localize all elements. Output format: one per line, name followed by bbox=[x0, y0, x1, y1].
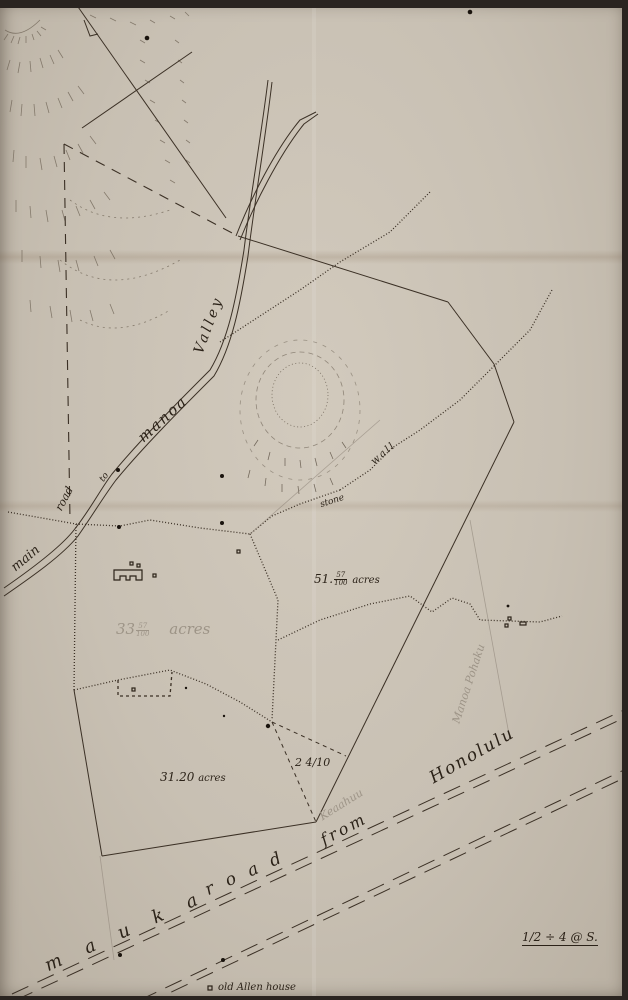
hill-hachure-icon bbox=[4, 12, 190, 328]
area-unit: acres bbox=[169, 620, 210, 638]
map-sheet: main road to manoa Valley mauka road fro… bbox=[0, 0, 628, 1000]
parcel-area-label-pencil: 3357100 acres bbox=[116, 620, 210, 638]
area-fraction: 57100 bbox=[136, 623, 149, 638]
fraction-denominator: 100 bbox=[334, 580, 347, 587]
frame-edge bbox=[0, 0, 628, 8]
fraction-denominator: 100 bbox=[136, 631, 149, 638]
frame-edge bbox=[0, 996, 628, 1000]
main-road bbox=[4, 80, 318, 596]
hill-hachure-icon bbox=[240, 340, 360, 494]
area-fraction: 57100 bbox=[334, 572, 347, 587]
area-whole: 51 bbox=[314, 572, 329, 586]
area-whole: 33 bbox=[116, 620, 135, 638]
area-unit: acres bbox=[352, 575, 379, 586]
mauka-road bbox=[12, 710, 624, 1000]
old-allen-house-label: old Allen house bbox=[218, 982, 296, 993]
scale-note: 1/2 ÷ 4 @ S. bbox=[522, 930, 598, 946]
pencil-line bbox=[100, 420, 510, 960]
frame-edge bbox=[622, 0, 628, 1000]
area-unit: acres bbox=[198, 773, 225, 784]
survey-point-icon bbox=[116, 10, 509, 962]
parcel-area-label: 51.57100 acres bbox=[314, 572, 380, 587]
parcel-area-label: 31.20 acres bbox=[160, 770, 226, 784]
parcel-area-label: 2 4/10 bbox=[295, 756, 330, 769]
survey-drawing bbox=[0, 0, 628, 1000]
area-value: 31.20 bbox=[160, 770, 194, 784]
